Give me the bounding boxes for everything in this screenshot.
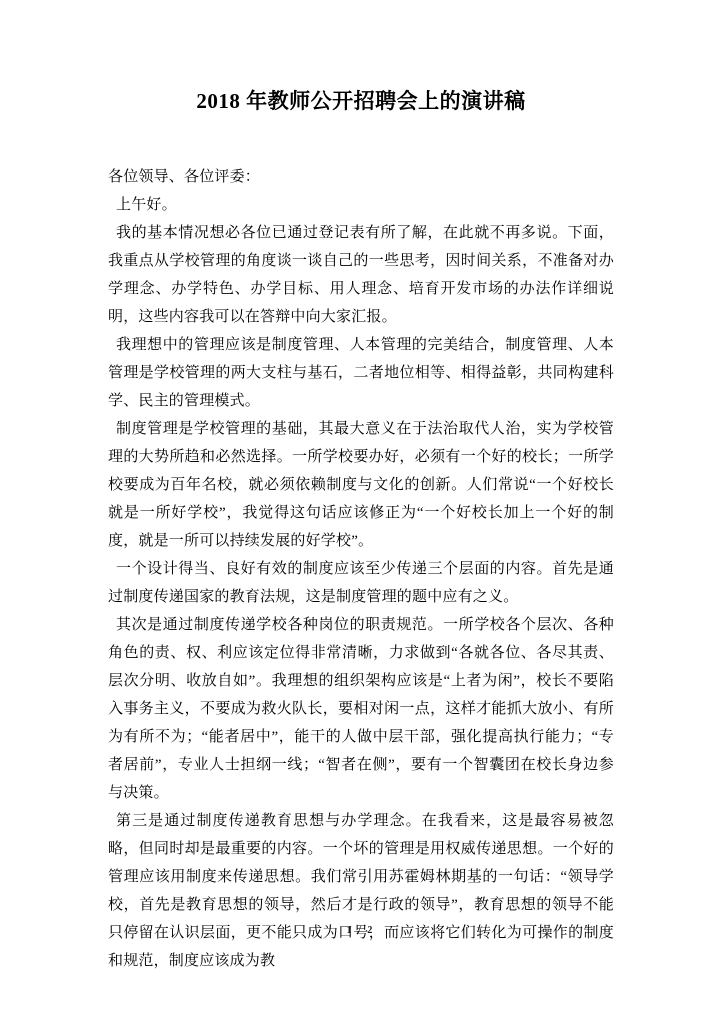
paragraph-intro: 我的基本情况想必各位已通过登记表有所了解，在此就不再多说。下面，我重点从学校管理… [108, 219, 614, 331]
document-page: 2018 年教师公开招聘会上的演讲稿 各位领导、各位评委： 上午好。 我的基本情… [0, 0, 721, 1020]
document-body: 各位领导、各位评委： 上午好。 我的基本情况想必各位已通过登记表有所了解，在此就… [108, 163, 614, 975]
paragraph-system-management: 制度管理是学校管理的基础，其最大意义在于法治取代人治，实为学校管理的大势所趋和必… [108, 415, 614, 555]
paragraph-ideal-management: 我理想中的管理应该是制度管理、人本管理的完美结合，制度管理、人本管理是学校管理的… [108, 331, 614, 415]
paragraph-three-levels: 一个设计得当、良好有效的制度应该至少传递三个层面的内容。首先是通过制度传递国家的… [108, 555, 614, 611]
salutation: 各位领导、各位评委： [108, 163, 614, 191]
page-number-indicator: 1 / 2 [0, 925, 721, 936]
paragraph-third-level: 第三是通过制度传递教育思想与办学理念。在我看来，这是最容易被忽略，但同时却是最重… [108, 807, 614, 975]
paragraph-second-level: 其次是通过制度传递学校各种岗位的职责规范。一所学校各个层次、各种角色的责、权、利… [108, 611, 614, 807]
greeting-line: 上午好。 [108, 191, 614, 219]
document-title: 2018 年教师公开招聘会上的演讲稿 [108, 86, 614, 116]
